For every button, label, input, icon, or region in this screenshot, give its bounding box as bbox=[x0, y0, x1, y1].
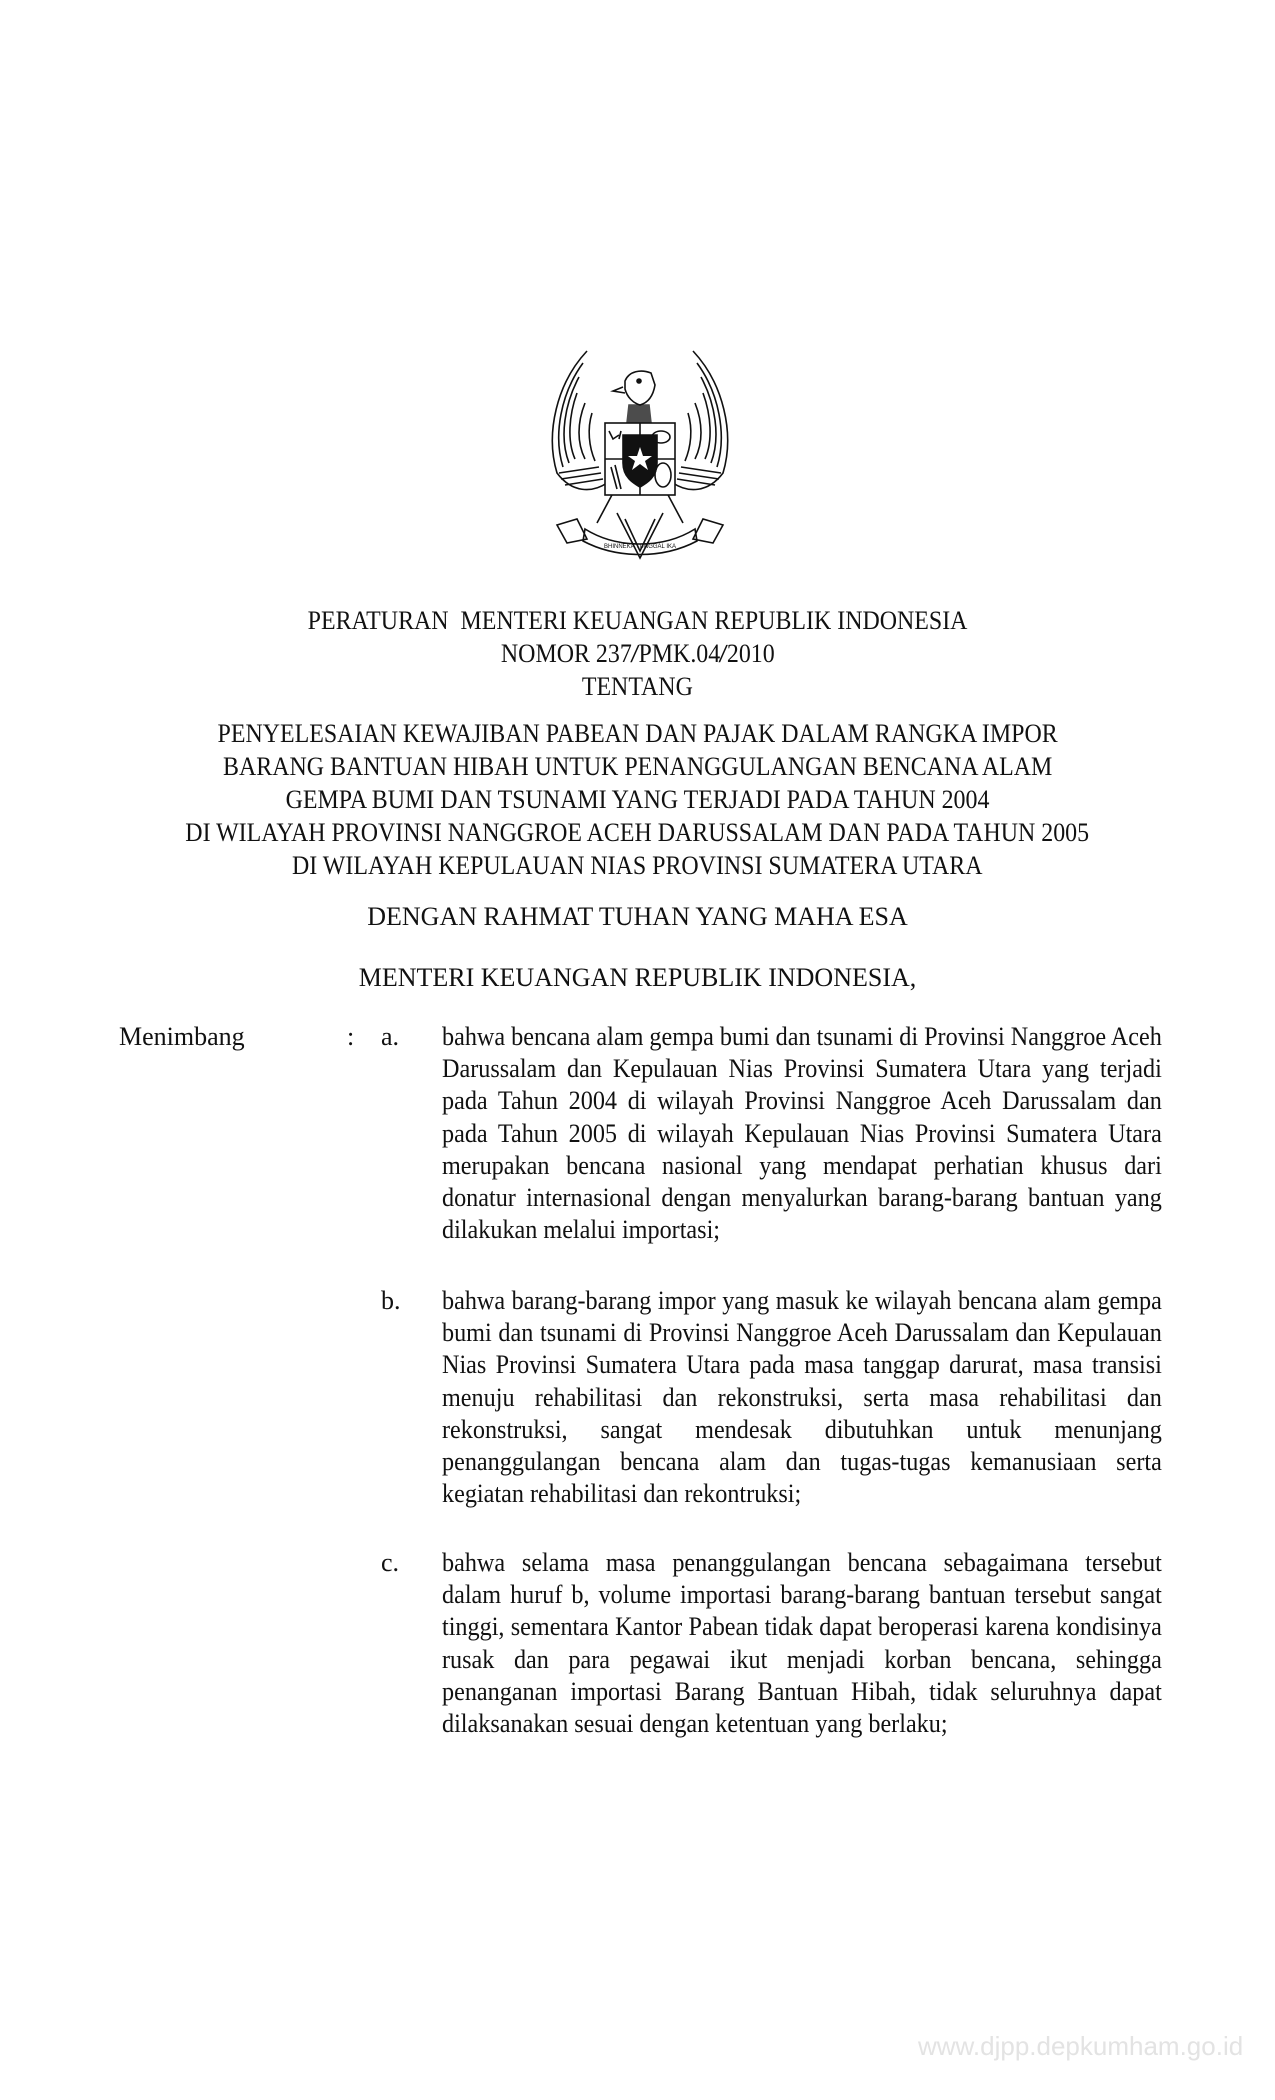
item-letter: c. bbox=[381, 1547, 399, 1579]
tentang-label: TENTANG bbox=[0, 670, 1275, 703]
title-line: DI WILAYAH PROVINSI NANGGROE ACEH DARUSS… bbox=[0, 816, 1275, 849]
regulation-type: PERATURAN MENTERI KEUANGAN REPUBLIK INDO… bbox=[308, 604, 968, 637]
considering-label: Menimbang bbox=[119, 1021, 245, 1053]
title-line: DI WILAYAH KEPULAUAN NIAS PROVINSI SUMAT… bbox=[0, 849, 1275, 882]
nomor-year: 2010 bbox=[727, 639, 775, 668]
item-letter: b. bbox=[381, 1285, 401, 1317]
issuer: MENTERI KEUANGAN REPUBLIK INDONESIA, bbox=[0, 961, 1275, 994]
garuda-pancasila-emblem-icon: BHINNEKA TUNGGAL IKA bbox=[537, 343, 743, 569]
watermark-url: www.djpp.depkumham.go.id bbox=[918, 2031, 1243, 2062]
title-line: PENYELESAIAN KEWAJIBAN PABEAN DAN PAJAK … bbox=[0, 717, 1275, 750]
regulation-title: PENYELESAIAN KEWAJIBAN PABEAN DAN PAJAK … bbox=[0, 717, 1275, 882]
regulation-number: NOMOR 237/PMK.04/2010 bbox=[0, 637, 1275, 670]
title-line: BARANG BANTUAN HIBAH UNTUK PENANGGULANGA… bbox=[0, 750, 1275, 783]
regulation-heading: PERATURAN MENTERI KEUANGAN REPUBLIK INDO… bbox=[0, 604, 1275, 637]
item-text: bahwa selama masa penanggulangan bencana… bbox=[442, 1547, 1162, 1740]
emblem-motto: BHINNEKA TUNGGAL IKA bbox=[604, 544, 676, 550]
invocation: DENGAN RAHMAT TUHAN YANG MAHA ESA bbox=[0, 900, 1275, 933]
document-page: BHINNEKA TUNGGAL IKA PERATURAN MENTERI K… bbox=[0, 0, 1275, 2100]
considering-colon: : bbox=[347, 1021, 354, 1053]
item-letter: a. bbox=[381, 1021, 399, 1053]
item-text: bahwa barang-barang impor yang masuk ke … bbox=[442, 1285, 1162, 1510]
item-text: bahwa bencana alam gempa bumi dan tsunam… bbox=[442, 1021, 1162, 1246]
nomor-mid: PMK.04 bbox=[638, 639, 720, 668]
nomor-prefix: NOMOR 237 bbox=[501, 639, 632, 668]
title-line: GEMPA BUMI DAN TSUNAMI YANG TERJADI PADA… bbox=[0, 783, 1275, 816]
